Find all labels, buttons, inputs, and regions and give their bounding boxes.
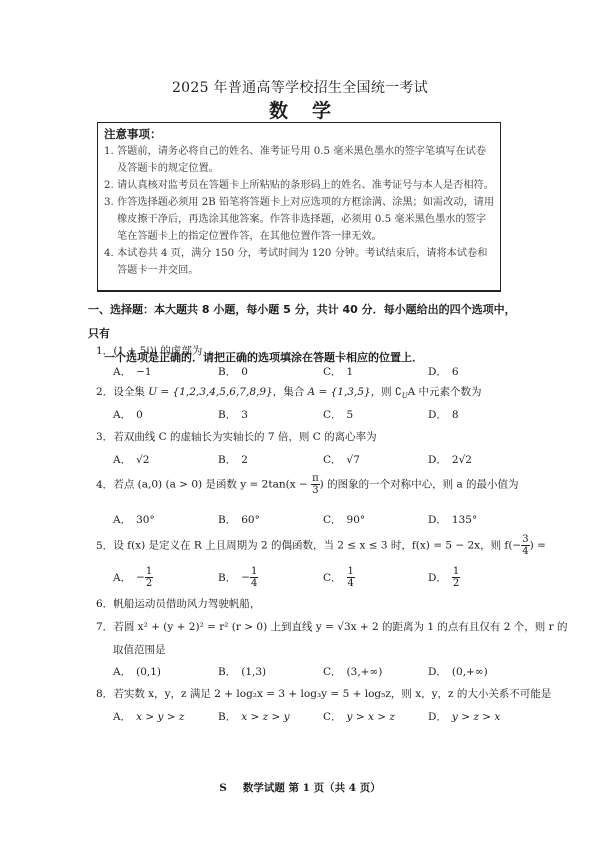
question-4: 4． 若点 (a,0) (a > 0) 是函数 y = 2tan(x − π3)…: [96, 473, 516, 496]
notice-box: 注意事项： 1. 答题前，请务必将自己的姓名、准考证号用 0.5 毫米黑色墨水的…: [97, 122, 501, 292]
option-b: B．3: [218, 407, 248, 422]
question-2: 2． 设全集 U = {1,2,3,4,5,6,7,8,9}，集合 A = {1…: [96, 384, 516, 400]
option-c: C．√7: [323, 452, 360, 467]
fraction: 34: [521, 534, 529, 557]
question-8: 8． 若实数 x，y，z 满足 2 + log₂x = 3 + log₃y = …: [96, 686, 516, 701]
option-b: B．2: [218, 452, 248, 467]
footer-code: S: [219, 782, 227, 794]
option-a: A．0: [113, 407, 143, 422]
question-stem: (1 + 5i)i 的虚部为: [113, 345, 202, 357]
option-b: B．−14: [218, 566, 258, 589]
notice-heading: 注意事项：: [104, 126, 494, 143]
option-c: C．y > x > z: [323, 709, 395, 724]
question-stem: 帆船运动员借助风力驾驶帆船，: [113, 598, 260, 610]
notice-text: 答题前，请务必将自己的姓名、准考证号用 0.5 毫米黑色墨水的签字笔填写在试卷及…: [117, 146, 486, 174]
option-a: A．√2: [113, 452, 149, 467]
option-d: D．(0,+∞): [428, 664, 488, 679]
notice-number: 3.: [104, 194, 114, 211]
notice-item: 3. 作答选择题必须用 2B 铅笔将答题卡上对应选项的方框涂满、涂黑；如需改动，…: [104, 194, 494, 245]
option-d: D．12: [428, 566, 460, 589]
option-b: B．0: [218, 364, 248, 379]
subject-title: 数学: [0, 96, 600, 123]
option-a: A．−1: [113, 364, 152, 379]
notice-text: 请认真核对监考员在答题卡上所粘贴的条形码上的姓名、准考证号与本人是否相符。: [117, 180, 494, 191]
subject-char: 学: [312, 96, 331, 123]
option-b: B．(1,3): [218, 664, 266, 679]
question-stem: 若双曲线 C 的虚轴长为实轴长的 7 倍，则 C 的离心率为: [113, 431, 376, 443]
footer-page-info: 数学试题 第 1 页（共 4 页）: [243, 782, 381, 794]
fraction: π3: [311, 473, 320, 496]
option-d: D．6: [428, 364, 459, 379]
question-1: 1． (1 + 5i)i 的虚部为: [96, 343, 516, 358]
question-6: 6． 帆船运动员借助风力驾驶帆船，: [96, 596, 516, 611]
option-b: B．60°: [218, 512, 260, 527]
notice-text: 作答选择题必须用 2B 铅笔将答题卡上对应选项的方框涂满、涂黑；如需改动，请用橡…: [117, 197, 494, 242]
option-a: A．30°: [113, 512, 155, 527]
section-instructions: 一、选择题：本大题共 8 小题，每小题 5 分，共计 40 分．每小题给出的四个…: [88, 298, 518, 370]
subject-char: 数: [269, 96, 288, 123]
question-stem: 若实数 x，y，z 满足 2 + log₂x = 3 + log₃y = 5 +…: [113, 688, 551, 700]
option-c: C．1: [323, 364, 353, 379]
question-stem: 若圆 x² + (y + 2)² = r² (r > 0) 上到直线 y = √…: [113, 621, 567, 633]
question-5: 5． 设 f(x) 是定义在 R 上且周期为 2 的偶函数，当 2 ≤ x ≤ …: [96, 534, 516, 557]
option-c: C．14: [323, 566, 355, 589]
notice-item: 4. 本试卷共 4 页，满分 150 分，考试时间为 120 分钟。考试结束后，…: [104, 245, 494, 279]
option-d: D．8: [428, 407, 459, 422]
option-b: B．x > z > y: [218, 709, 290, 724]
option-a: A．x > y > z: [113, 709, 184, 724]
question-number: 3．: [96, 429, 110, 444]
option-a: A．(0,1): [113, 664, 161, 679]
option-a: A．−12: [113, 566, 153, 589]
question-number: 6．: [96, 596, 110, 611]
question-number: 4．: [96, 477, 110, 492]
notice-item: 1. 答题前，请务必将自己的姓名、准考证号用 0.5 毫米黑色墨水的签字笔填写在…: [104, 143, 494, 177]
option-c: C．(3,+∞): [323, 664, 382, 679]
exam-title: 2025 年普通高等学校招生全国统一考试: [0, 77, 600, 97]
question-7-line2: 取值范围是: [113, 642, 533, 657]
question-number: 1．: [96, 343, 110, 358]
option-d: D．y > z > x: [428, 709, 500, 724]
question-number: 5．: [96, 538, 110, 553]
question-number: 7．: [96, 619, 110, 634]
section-heading: 一、选择题：: [88, 303, 154, 316]
option-c: C．5: [323, 407, 353, 422]
option-d: D．135°: [428, 512, 477, 527]
notice-number: 1.: [104, 143, 114, 160]
notice-number: 4.: [104, 245, 114, 262]
question-number: 2．: [96, 384, 110, 399]
question-number: 8．: [96, 686, 110, 701]
notice-number: 2.: [104, 177, 114, 194]
notice-text: 本试卷共 4 页，满分 150 分，考试时间为 120 分钟。考试结束后，请将本…: [117, 248, 487, 276]
page-footer: S数学试题 第 1 页（共 4 页）: [0, 780, 600, 795]
option-c: C．90°: [323, 512, 365, 527]
option-d: D．2√2: [428, 452, 472, 467]
question-7: 7． 若圆 x² + (y + 2)² = r² (r > 0) 上到直线 y …: [96, 619, 516, 634]
notice-item: 2. 请认真核对监考员在答题卡上所粘贴的条形码上的姓名、准考证号与本人是否相符。: [104, 177, 494, 194]
question-3: 3． 若双曲线 C 的虚轴长为实轴长的 7 倍，则 C 的离心率为: [96, 429, 516, 444]
